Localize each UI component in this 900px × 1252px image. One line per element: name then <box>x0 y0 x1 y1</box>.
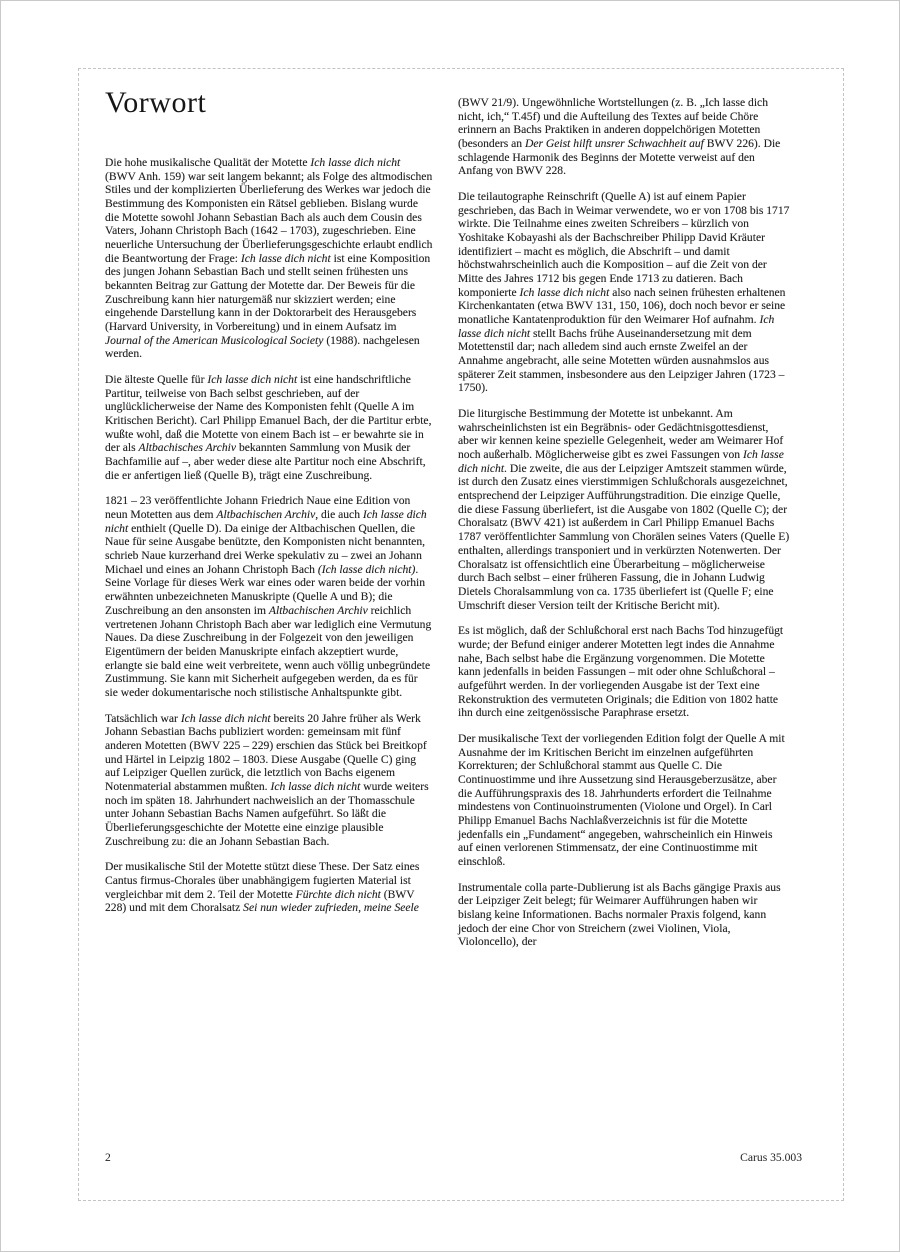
paragraph: Instrumentale colla parte-Dublierung ist… <box>458 881 790 949</box>
text-segment: Altbachischen Archiv <box>216 508 315 521</box>
text-segment: Altbachischen Archiv <box>269 604 368 617</box>
paragraph: 1821 – 23 veröffentlichte Johann Friedri… <box>105 494 433 699</box>
text-segment: Die hohe musikalische Qualität der Motet… <box>105 156 310 169</box>
text-segment: (Ich lasse dich nicht) <box>318 563 416 576</box>
page-number: 2 <box>105 1151 111 1164</box>
text-segment: Ich lasse dich nicht <box>181 712 271 725</box>
text-segment: Der Geist hilft unsrer Schwachheit auf <box>525 137 704 150</box>
text-segment: Der musikalische Text der vorliegenden E… <box>458 732 785 868</box>
text-segment: Ich lasse dich nicht <box>310 156 400 169</box>
text-segment: Ich lasse dich nicht <box>241 252 331 265</box>
text-segment: Fürchte dich nicht <box>296 888 381 901</box>
paragraph: Die teilautographe Reinschrift (Quelle A… <box>458 190 790 395</box>
scanned-page: Vorwort Die hohe musikalische Qualität d… <box>0 0 900 1252</box>
page-title: Vorwort <box>105 86 206 120</box>
text-segment: Altbachisches Archiv <box>138 441 236 454</box>
text-segment: Instrumentale colla parte-Dublierung ist… <box>458 881 781 949</box>
text-segment: Es ist möglich, daß der Schlußchoral ers… <box>458 624 783 719</box>
text-segment: Die liturgische Bestimmung der Motette i… <box>458 407 783 461</box>
text-segment: (BWV Anh. 159) war seit langem bekannt; … <box>105 170 432 265</box>
catalog-number: Carus 35.003 <box>458 1151 802 1164</box>
paragraph: Die hohe musikalische Qualität der Motet… <box>105 156 433 361</box>
paragraph: Es ist möglich, daß der Schlußchoral ers… <box>458 624 790 720</box>
text-segment: reichlich vertretenen Johann Christoph B… <box>105 604 431 699</box>
paragraph: Der musikalische Text der vorliegenden E… <box>458 732 790 869</box>
text-segment: . Die zweite, die aus der Leipziger Amts… <box>458 462 789 612</box>
paragraph: (BWV 21/9). Ungewöhnliche Wortstellungen… <box>458 96 790 178</box>
text-segment: Ich lasse dich nicht <box>270 780 360 793</box>
text-segment: Ich lasse dich nicht <box>207 373 297 386</box>
text-segment: Tatsächlich war <box>105 712 181 725</box>
text-segment: Die älteste Quelle für <box>105 373 207 386</box>
text-segment: Sei nun wieder zufrieden, meine Seele <box>243 901 419 914</box>
paragraph: Die liturgische Bestimmung der Motette i… <box>458 407 790 612</box>
text-segment: Journal of the American Musicological So… <box>105 334 323 347</box>
text-segment: Die teilautographe Reinschrift (Quelle A… <box>458 190 789 299</box>
text-segment: Ich lasse dich nicht <box>520 286 610 299</box>
left-column: Die hohe musikalische Qualität der Motet… <box>105 156 433 915</box>
paragraph: Tatsächlich war Ich lasse dich nicht ber… <box>105 712 433 849</box>
paragraph: Die älteste Quelle für Ich lasse dich ni… <box>105 373 433 482</box>
text-segment: , die auch <box>315 508 363 521</box>
paragraph: Der musikalische Stil der Motette stützt… <box>105 860 433 915</box>
right-column: (BWV 21/9). Ungewöhnliche Wortstellungen… <box>458 96 790 949</box>
